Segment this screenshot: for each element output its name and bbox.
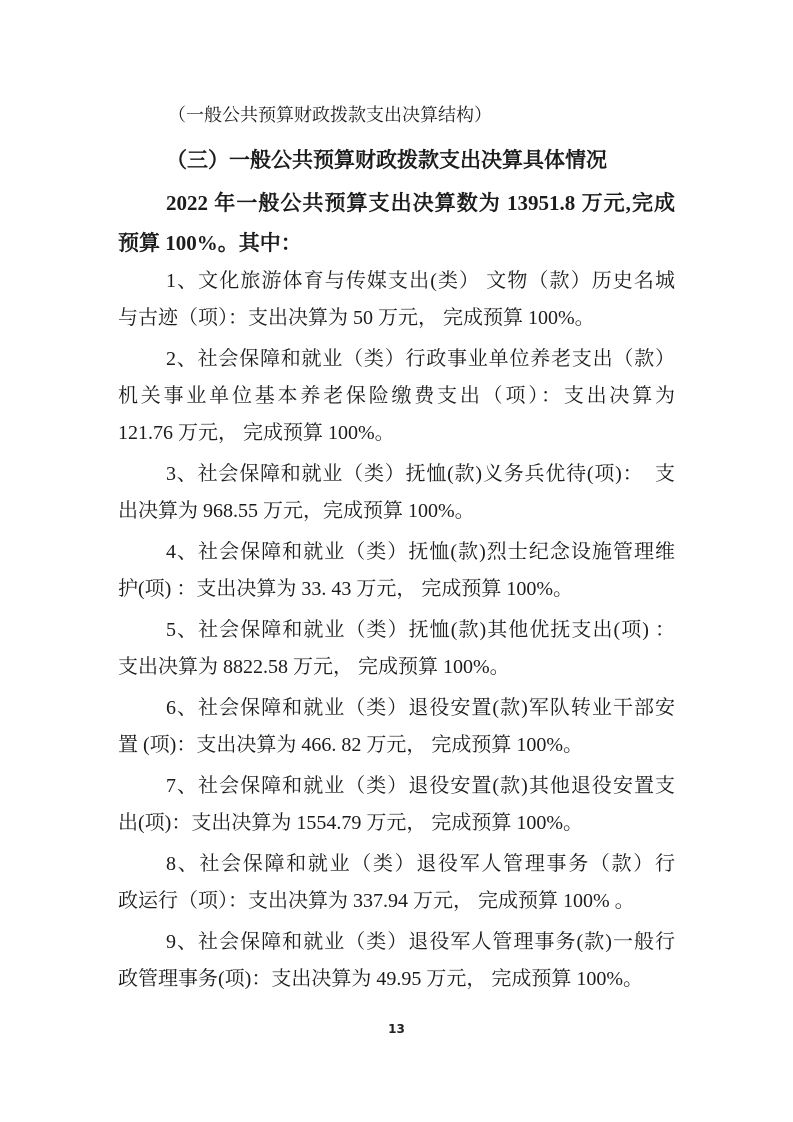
budget-item-5: 5、社会保障和就业（类）抚恤(款)其他优抚支出(项) ： 支出决算为 8822.… <box>118 612 675 686</box>
budget-item-line: 8、社会保障和就业（类）退役军人管理事务（款）行 <box>118 846 675 883</box>
page-number: 13 <box>0 1022 793 1036</box>
budget-item-line: 出(项)：支出决算为 1554.79 万元， 完成预算 100%。 <box>118 805 675 842</box>
budget-item-line: 政管理事务(项)：支出决算为 49.95 万元， 完成预算 100%。 <box>118 961 675 998</box>
budget-item-line: 护(项) ：支出决算为 33. 43 万元， 完成预算 100%。 <box>118 571 675 608</box>
budget-item-9: 9、社会保障和就业（类）退役军人管理事务(款)一般行 政管理事务(项)：支出决算… <box>118 924 675 998</box>
budget-item-8: 8、社会保障和就业（类）退役军人管理事务（款）行 政运行（项）：支出决算为 33… <box>118 846 675 920</box>
budget-item-line: 机关事业单位基本养老保险缴费支出（项）：支出决算为 <box>118 378 675 415</box>
budget-item-2: 2、社会保障和就业（类）行政事业单位养老支出（款） 机关事业单位基本养老保险缴费… <box>118 341 675 452</box>
budget-item-7: 7、社会保障和就业（类）退役安置(款)其他退役安置支 出(项)：支出决算为 15… <box>118 768 675 842</box>
budget-item-line: 121.76 万元， 完成预算 100%。 <box>118 415 675 452</box>
budget-item-line: 5、社会保障和就业（类）抚恤(款)其他优抚支出(项) ： <box>118 612 675 649</box>
document-page: （一般公共预算财政拨款支出决算结构） （三）一般公共预算财政拨款支出决算具体情况… <box>0 0 793 1122</box>
budget-item-line: 7、社会保障和就业（类）退役安置(款)其他退役安置支 <box>118 768 675 805</box>
budget-item-line: 6、社会保障和就业（类）退役安置(款)军队转业干部安 <box>118 690 675 727</box>
section-heading: （三）一般公共预算财政拨款支出决算具体情况 <box>118 137 675 183</box>
budget-item-3: 3、社会保障和就业（类）抚恤(款)义务兵优待(项)： 支 出决算为 968.55… <box>118 456 675 530</box>
budget-item-4: 4、社会保障和就业（类）抚恤(款)烈士纪念设施管理维 护(项) ：支出决算为 3… <box>118 534 675 608</box>
budget-item-line: 出决算为 968.55 万元，完成预算 100%。 <box>118 493 675 530</box>
budget-item-line: 与古迹（项）：支出决算为 50 万元， 完成预算 100%。 <box>118 300 675 337</box>
budget-item-line: 支出决算为 8822.58 万元， 完成预算 100%。 <box>118 649 675 686</box>
budget-item-line: 9、社会保障和就业（类）退役军人管理事务(款)一般行 <box>118 924 675 961</box>
intro-line: 2022 年一般公共预算支出决算数为 13951.8 万元,完成 <box>118 183 675 223</box>
budget-item-6: 6、社会保障和就业（类）退役安置(款)军队转业干部安 置 (项)：支出决算为 4… <box>118 690 675 764</box>
page-content: （一般公共预算财政拨款支出决算结构） （三）一般公共预算财政拨款支出决算具体情况… <box>118 95 675 1002</box>
budget-item-line: 政运行（项）：支出决算为 337.94 万元， 完成预算 100% 。 <box>118 883 675 920</box>
budget-item-1: 1、文化旅游体育与传媒支出(类） 文物（款）历史名城 与古迹（项）：支出决算为 … <box>118 263 675 337</box>
budget-item-line: 4、社会保障和就业（类）抚恤(款)烈士纪念设施管理维 <box>118 534 675 571</box>
intro-paragraph: 2022 年一般公共预算支出决算数为 13951.8 万元,完成 预算 100%… <box>118 183 675 263</box>
budget-item-line: 3、社会保障和就业（类）抚恤(款)义务兵优待(项)： 支 <box>118 456 675 493</box>
figure-caption: （一般公共预算财政拨款支出决算结构） <box>118 95 675 135</box>
budget-item-line: 1、文化旅游体育与传媒支出(类） 文物（款）历史名城 <box>118 263 675 300</box>
budget-item-line: 置 (项)：支出决算为 466. 82 万元， 完成预算 100%。 <box>118 727 675 764</box>
budget-item-line: 2、社会保障和就业（类）行政事业单位养老支出（款） <box>118 341 675 378</box>
intro-line: 预算 100%。其中： <box>118 223 675 263</box>
